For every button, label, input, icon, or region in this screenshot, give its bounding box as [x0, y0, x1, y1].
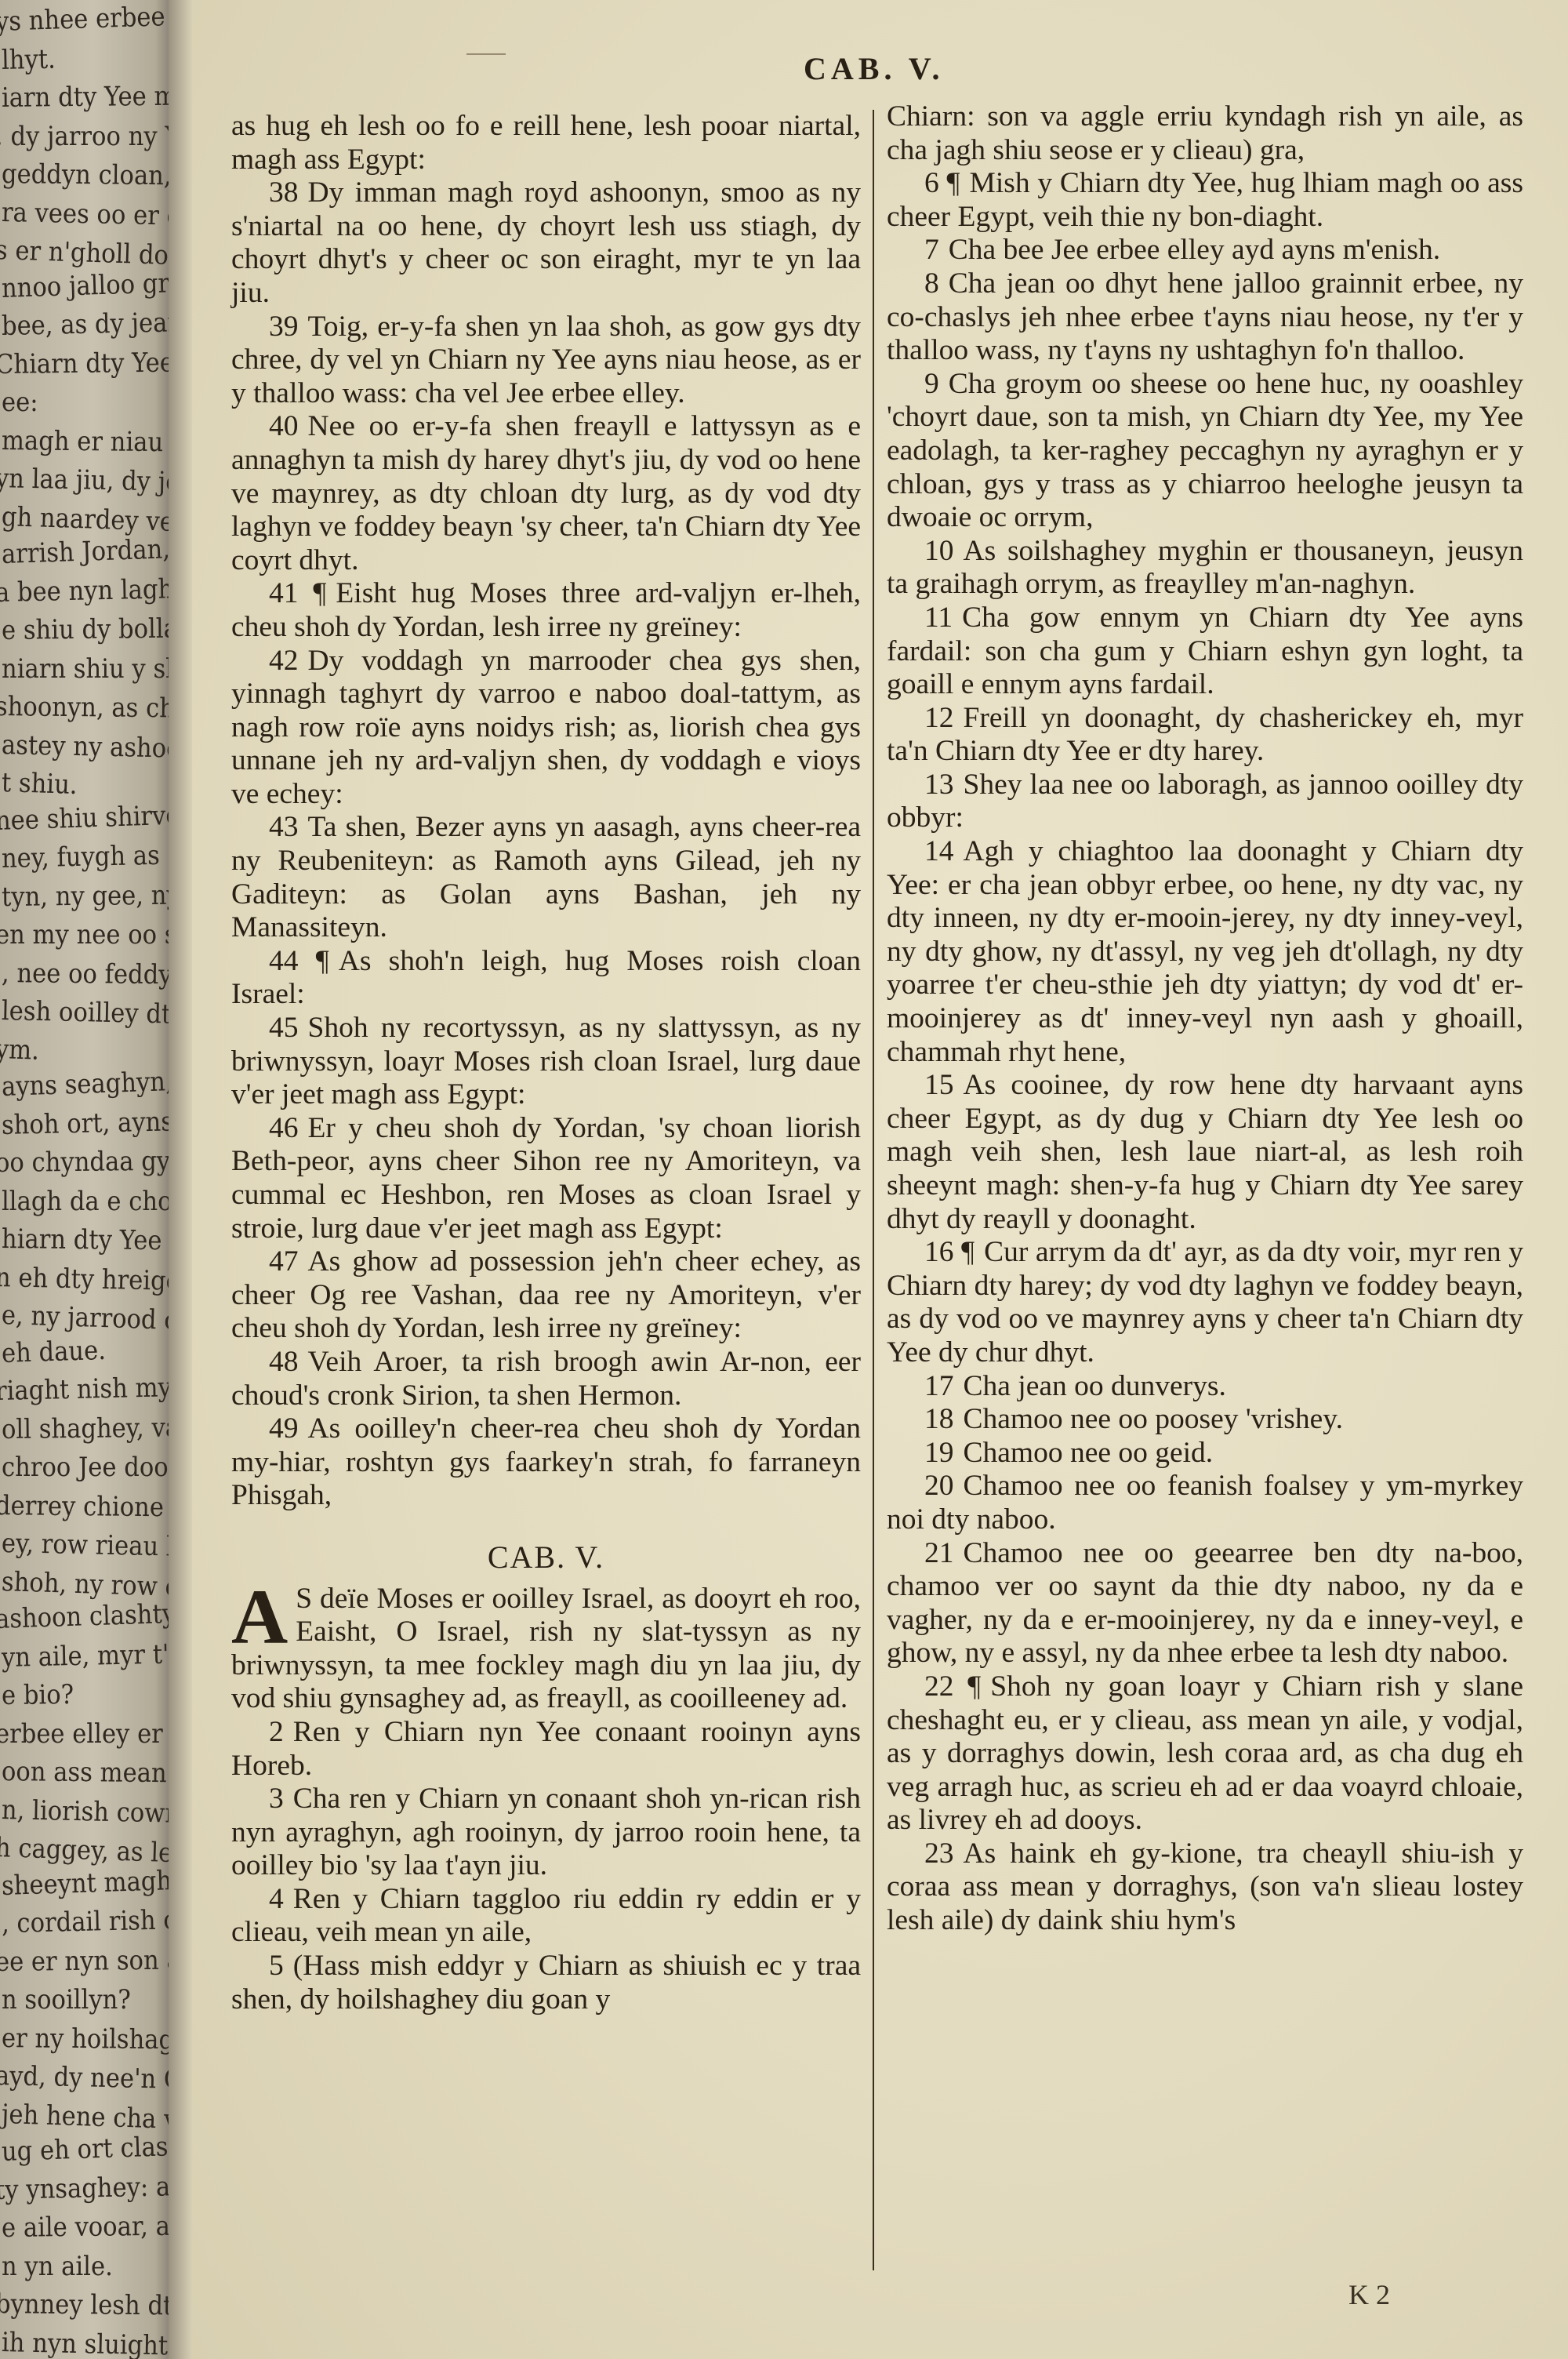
verse-text: Ren y Chiarn nyn Yee conaant rooinyn ayn…	[231, 1716, 861, 1782]
facing-page-text-fragment: lesh ooilley dty	[2, 995, 169, 1030]
facing-page-text-fragment: yn laa jiu, dy je	[0, 463, 169, 498]
facing-page-text-fragment: eh daue.	[1, 1334, 106, 1369]
facing-page-text-fragment: ys nhee erbee ta'n C	[0, 0, 169, 38]
facing-page-text-fragment: oll shaghey, va	[2, 1412, 169, 1445]
verse: 46Er y cheu shoh dy Yordan, 'sy choan li…	[231, 1112, 861, 1245]
verse-text: Cha groym oo sheese oo hene huc, ny ooas…	[887, 368, 1523, 533]
verse: 17Cha jean oo dunverys.	[887, 1370, 1523, 1404]
verse-number: 41 ¶	[269, 577, 326, 609]
verse-number: 45	[269, 1012, 299, 1044]
verse-number: 48	[269, 1346, 299, 1378]
facing-page-text-fragment: yn aile, myr t'ou	[2, 1637, 169, 1673]
facing-page-text-fragment: derrey chione jeh'n	[0, 1490, 169, 1524]
verse: 4Ren y Chiarn taggloo riu eddin ry eddin…	[231, 1883, 861, 1950]
facing-page-text-fragment: magh er niau as	[2, 425, 169, 459]
verse-number: 22 ¶	[924, 1670, 981, 1703]
verse-text: Chamoo nee oo geid.	[964, 1437, 1214, 1469]
verse-number: 47	[269, 1245, 299, 1278]
verse-number: 4	[269, 1883, 284, 1915]
facing-page-text-fragment: gh naardey veih'n	[1, 501, 169, 540]
verse-text: Mish y Chiarn dty Yee, hug lhiam magh oo…	[887, 167, 1523, 233]
facing-page-text-fragment: t shiu.	[1, 767, 78, 801]
header-ornament	[466, 53, 506, 55]
verse: 20Chamoo nee oo feanish foalsey y ym-myr…	[887, 1470, 1523, 1536]
verse: 42Dy voddagh yn marrooder chea gys shen,…	[231, 645, 861, 812]
verse-number: 15	[924, 1069, 954, 1101]
verse-text: Dy imman magh royd ashoonyn, smoo as ny …	[231, 176, 861, 309]
verse: 39Toig, er-y-fa shen yn laa shoh, as gow…	[231, 311, 861, 411]
facing-page-text-fragment: , dy jarroo ny Yee	[0, 121, 169, 152]
facing-page-text-fragment: iarn dty Yee my	[2, 80, 169, 114]
facing-page-text-fragment: n, liorish cowragh	[2, 1794, 169, 1830]
verse-number: 11	[924, 602, 953, 634]
facing-page-text-fragment: oon ass mean ashoo	[2, 1756, 169, 1790]
facing-page-text-fragment: bynney lesh dty ay	[0, 2288, 169, 2322]
facing-page-text-fragment: , cordail rish ooilley	[2, 1903, 169, 1939]
verse: 38Dy imman magh royd ashoonyn, smoo as n…	[231, 176, 861, 310]
verse-number: 16 ¶	[924, 1236, 975, 1268]
verse-number: 20	[924, 1470, 954, 1502]
verse-text: As soilshaghey myghin er thousaneyn, jeu…	[887, 535, 1523, 601]
verse-text: Dy voddagh yn marrooder chea gys shen, y…	[231, 645, 861, 810]
verse-text: Cha bee Jee erbee elley ayd ayns m'enish…	[949, 234, 1440, 266]
verse: 44 ¶As shoh'n leigh, hug Moses roish clo…	[231, 945, 861, 1012]
verse-text: Cur arrym da dt' ayr, as da dty voir, my…	[887, 1236, 1523, 1369]
verse-list-chapter-5: 2Ren y Chiarn nyn Yee conaant rooinyn ay…	[231, 1716, 861, 2016]
column-divider	[873, 110, 874, 2270]
verse-text: Shoh ny goan loayr y Chiarn rish y slane…	[887, 1670, 1523, 1836]
facing-page-text-fragment: nee shiu shirveish	[0, 798, 169, 837]
verse-text: Ta shen, Bezer ayns yn aasagh, ayns chee…	[231, 811, 861, 943]
chapter-opening-verse: AS deïe Moses er ooilley Israel, as dooy…	[231, 1583, 861, 1716]
verse-number: 8	[924, 267, 939, 300]
verse: 47As ghow ad possession jeh'n cheer eche…	[231, 1245, 861, 1346]
verse: as hug eh lesh oo fo e reill hene, lesh …	[231, 110, 861, 176]
verse-number: 42	[269, 645, 299, 677]
verse-list-chapter-4: as hug eh lesh oo fo e reill hene, lesh …	[231, 110, 861, 1513]
verse: 19Chamoo nee oo geid.	[887, 1437, 1523, 1470]
verse-number: 46	[269, 1112, 299, 1144]
verse-text: Chamoo nee oo feanish foalsey y ym-myrke…	[887, 1470, 1523, 1536]
facing-page-text-fragment: ayd, dy nee'n Ch	[0, 2060, 169, 2095]
verse: 40Nee oo er-y-fa shen freayll e lattyssy…	[231, 410, 861, 577]
facing-page-text-fragment: ey, row rieau lhei	[2, 1528, 169, 1564]
facing-page-text-fragment: shoh ort, ayns my	[2, 1105, 169, 1141]
chapter-title: CAB. V.	[231, 1541, 861, 1575]
facing-page-text-fragment: n eh dty hreigeil,	[0, 1262, 169, 1298]
verse: Chiarn: son va aggle erriu kyndagh rish …	[887, 100, 1523, 167]
verse: 43Ta shen, Bezer ayns yn aasagh, ayns ch…	[231, 811, 861, 944]
verse-number: 23	[924, 1837, 954, 1870]
verse-text: As ooilley'n cheer-rea cheu shoh dy Yord…	[231, 1412, 861, 1511]
verse-number: 19	[924, 1437, 954, 1469]
verse-number: 39	[269, 311, 299, 343]
verse-text: Agh y chiaghtoo laa doonaght y Chiarn dt…	[887, 835, 1523, 1068]
facing-page-text-fragment: llagh da e choraa:	[2, 1186, 169, 1217]
verse-text: as hug eh lesh oo fo e reill hene, lesh …	[231, 110, 861, 176]
facing-page-text-fragment: shoh, ny row clas	[1, 1566, 169, 1604]
verse-text: As cooinee, dy row hene dty harvaant ayn…	[887, 1069, 1523, 1234]
facing-page-text-fragment: e bio?	[2, 1679, 74, 1711]
verse-text: Nee oo er-y-fa shen freayll e lattyssyn …	[231, 410, 861, 576]
book-page: CAB. V. as hug eh lesh oo fo e reill hen…	[192, 0, 1568, 2359]
facing-page-text-fragment: sheeynt magh, as	[1, 1863, 169, 1901]
verse-text: Chamoo nee oo poosey 'vrishey.	[964, 1403, 1343, 1435]
verse-number: 9	[924, 368, 939, 400]
facing-page-text-fragment: ih nyn sluight	[2, 2327, 169, 2359]
facing-page-text-fragment: hiarn dty Yee ny	[2, 1223, 169, 1257]
facing-page-text-fragment: e aile vooar, as cl	[2, 2210, 169, 2244]
verse: 41 ¶Eisht hug Moses three ard-valjyn er-…	[231, 577, 861, 644]
verse: 6 ¶Mish y Chiarn dty Yee, hug lhiam magh…	[887, 167, 1523, 234]
verse-number: 5	[269, 1950, 284, 1982]
verse-text: Cha jean oo dunverys.	[964, 1370, 1226, 1402]
verse-text: Ren y Chiarn taggloo riu eddin ry eddin …	[231, 1883, 861, 1949]
verse: 14Agh y chiaghtoo laa doonaght y Chiarn …	[887, 835, 1523, 1069]
right-column: Chiarn: son va aggle erriu kyndagh rish …	[887, 100, 1523, 1938]
verse-text: Er y cheu shoh dy Yordan, 'sy choan lior…	[231, 1112, 861, 1245]
verse-number: 43	[269, 811, 299, 843]
verse-text: Cha ren y Chiarn yn conaant shoh yn-rica…	[231, 1783, 861, 1881]
facing-page-text-fragment: niarn shiu y skea	[2, 653, 169, 685]
verse-text: Shoh ny recortyssyn, as ny slattyssyn, a…	[231, 1012, 861, 1110]
verse-text: Freill yn doonaght, dy chasherickey eh, …	[887, 702, 1523, 768]
verse-text: Cha jean oo dhyt hene jalloo grainnit er…	[887, 267, 1523, 366]
verse-number: 13	[924, 769, 954, 801]
chapter-opening-text: S deïe Moses er ooilley Israel, as dooyr…	[231, 1583, 861, 1715]
verse: 10As soilshaghey myghin er thousaneyn, j…	[887, 535, 1523, 602]
verse: 12Freill yn doonaght, dy chasherickey eh…	[887, 702, 1523, 769]
verse-number: 17	[924, 1370, 954, 1402]
facing-page-text-fragment: a bee nyn laghyn	[0, 572, 169, 609]
facing-page-text-fragment: nnoo jalloo grainnit	[1, 265, 169, 304]
verse-text: As ghow ad possession jeh'n cheer echey,…	[231, 1245, 861, 1344]
facing-page-text-fragment: ym.	[0, 1034, 40, 1067]
facing-page-edge: ys nhee erbee ta'n Clhyt.iarn dty Yee my…	[0, 0, 169, 2359]
facing-page-text-fragment: , nee oo feddyn	[2, 958, 169, 990]
verse: 21Chamoo nee oo geearree ben dty na-boo,…	[887, 1537, 1523, 1670]
facing-page-text-fragment: chroo Jee dooinne	[2, 1452, 169, 1483]
left-column: as hug eh lesh oo fo e reill hene, lesh …	[231, 110, 861, 2016]
verse-number: 7	[924, 234, 939, 266]
verse: 9Cha groym oo sheese oo hene huc, ny ooa…	[887, 368, 1523, 535]
facing-page-text-fragment: e, ny jarrood con	[1, 1299, 169, 1337]
book-gutter	[169, 0, 192, 2359]
facing-page-text-fragment: riaght nish mych	[0, 1372, 169, 1407]
facing-page-text-fragment: ug eh ort clashtyn	[1, 2129, 169, 2168]
facing-page-text-fragment: ashoon clashtyn co	[0, 1597, 169, 1635]
verse: 23As haink eh gy-kione, tra cheayll shiu…	[887, 1837, 1523, 1938]
printer-signature: K 2	[1348, 2278, 1390, 2311]
facing-page-text-fragment: shoonyn, as cha	[0, 691, 169, 725]
verse-list-right: Chiarn: son va aggle erriu kyndagh rish …	[887, 100, 1523, 1938]
facing-page-text-fragment: geddyn cloan, as	[2, 158, 169, 192]
verse-number: 21	[924, 1537, 954, 1569]
verse-number: 6 ¶	[924, 167, 960, 199]
verse-text: Chiarn: son va aggle erriu kyndagh rish …	[887, 100, 1523, 166]
facing-page-text-fragment: en my nee oo shi	[0, 919, 169, 951]
verse: 45Shoh ny recortyssyn, as ny slattyssyn,…	[231, 1012, 861, 1112]
verse-number: 18	[924, 1403, 954, 1435]
facing-page-text-fragment: ee er nyn son ayns	[0, 1943, 169, 1977]
verse: 49As ooilley'n cheer-rea cheu shoh dy Yo…	[231, 1412, 861, 1513]
verse: 48Veih Aroer, ta rish broogh awin Ar-non…	[231, 1346, 861, 1412]
facing-page-text-fragment: astey ny ashoonyn	[2, 729, 169, 765]
facing-page-text-fragment: ty ynsaghey: as er	[0, 2170, 169, 2206]
verse: 11Cha gow ennym yn Chiarn dty Yee ayns f…	[887, 602, 1523, 702]
verse-number: 38	[269, 176, 299, 209]
facing-page-text-fragment: lhyt.	[2, 43, 56, 75]
verse-number: 14	[924, 835, 954, 867]
facing-page-text-fragment: ney, fuygh as clag	[2, 838, 169, 874]
facing-page-text-fragment: n yn aile.	[2, 2251, 113, 2282]
verse: 3Cha ren y Chiarn yn conaant shoh yn-ric…	[231, 1783, 861, 1883]
facing-page-text-fragment: ra vees oo er cha	[2, 197, 169, 233]
verse-text: (Hass mish eddyr y Chiarn as shiuish ec …	[231, 1950, 861, 2016]
facing-page-text-fragment: Chiarn dty Yee, d	[0, 347, 169, 380]
verse-text: Chamoo nee oo geearree ben dty na-boo, c…	[887, 1537, 1523, 1670]
verse-number: 3	[269, 1783, 284, 1815]
verse-text: Shey laa nee oo laboragh, as jannoo ooil…	[887, 769, 1523, 834]
verse: 15As cooinee, dy row hene dty harvaant a…	[887, 1069, 1523, 1236]
facing-page-text-fragment: oo chyndaa gys	[0, 1146, 169, 1179]
verse-number: 44 ¶	[269, 945, 329, 977]
verse: 8Cha jean oo dhyt hene jalloo grainnit e…	[887, 267, 1523, 368]
facing-page-text-fragment: e shiu dy bollagh	[2, 612, 169, 646]
verse-number: 49	[269, 1412, 299, 1445]
facing-page-text-fragment: er ny hoilshaghey,	[2, 2023, 169, 2056]
verse: 13Shey laa nee oo laboragh, as jannoo oo…	[887, 769, 1523, 835]
verse: 5(Hass mish eddyr y Chiarn as shiuish ec…	[231, 1950, 861, 2016]
verse-number: 12	[924, 702, 954, 734]
verse-text: Veih Aroer, ta rish broogh awin Ar-non, …	[231, 1346, 861, 1412]
facing-page-text-fragment: ayns seaghyn, as	[1, 1065, 169, 1103]
facing-page-text-fragment: ee:	[2, 387, 38, 418]
facing-page-text-fragment: n sooillyn?	[2, 1984, 131, 2016]
verse-number: 40	[269, 410, 299, 442]
verse: 16 ¶Cur arrym da dt' ayr, as da dty voir…	[887, 1236, 1523, 1369]
drop-cap: A	[231, 1586, 288, 1648]
facing-page-text-fragment: s er n'gholl dowin	[0, 234, 169, 273]
verse-number: 2	[269, 1716, 284, 1748]
verse: 18Chamoo nee oo poosey 'vrishey.	[887, 1403, 1523, 1437]
verse: 2Ren y Chiarn nyn Yee conaant rooinyn ay…	[231, 1716, 861, 1783]
verse-text: As haink eh gy-kione, tra cheayll shiu-i…	[887, 1837, 1523, 1936]
verse-text: Cha gow ennym yn Chiarn dty Yee ayns far…	[887, 602, 1523, 700]
facing-page-text-fragment: arrish Jordan, dy	[1, 533, 169, 570]
facing-page-text-fragment: h caggey, as lesh la	[0, 1832, 169, 1870]
running-head: CAB. V.	[804, 50, 944, 87]
verse: 22 ¶Shoh ny goan loayr y Chiarn rish y s…	[887, 1670, 1523, 1837]
facing-page-text-fragment: erbee elley er ghoa	[0, 1718, 169, 1750]
verse-text: Toig, er-y-fa shen yn laa shoh, as gow g…	[231, 311, 861, 409]
facing-page-text-fragment: bee, as dy jean	[2, 307, 169, 342]
facing-page-text-fragment: tyn, ny gee, ny so	[2, 879, 169, 913]
verse-number: 10	[924, 535, 954, 567]
verse: 7Cha bee Jee erbee elley ayd ayns m'enis…	[887, 234, 1523, 267]
